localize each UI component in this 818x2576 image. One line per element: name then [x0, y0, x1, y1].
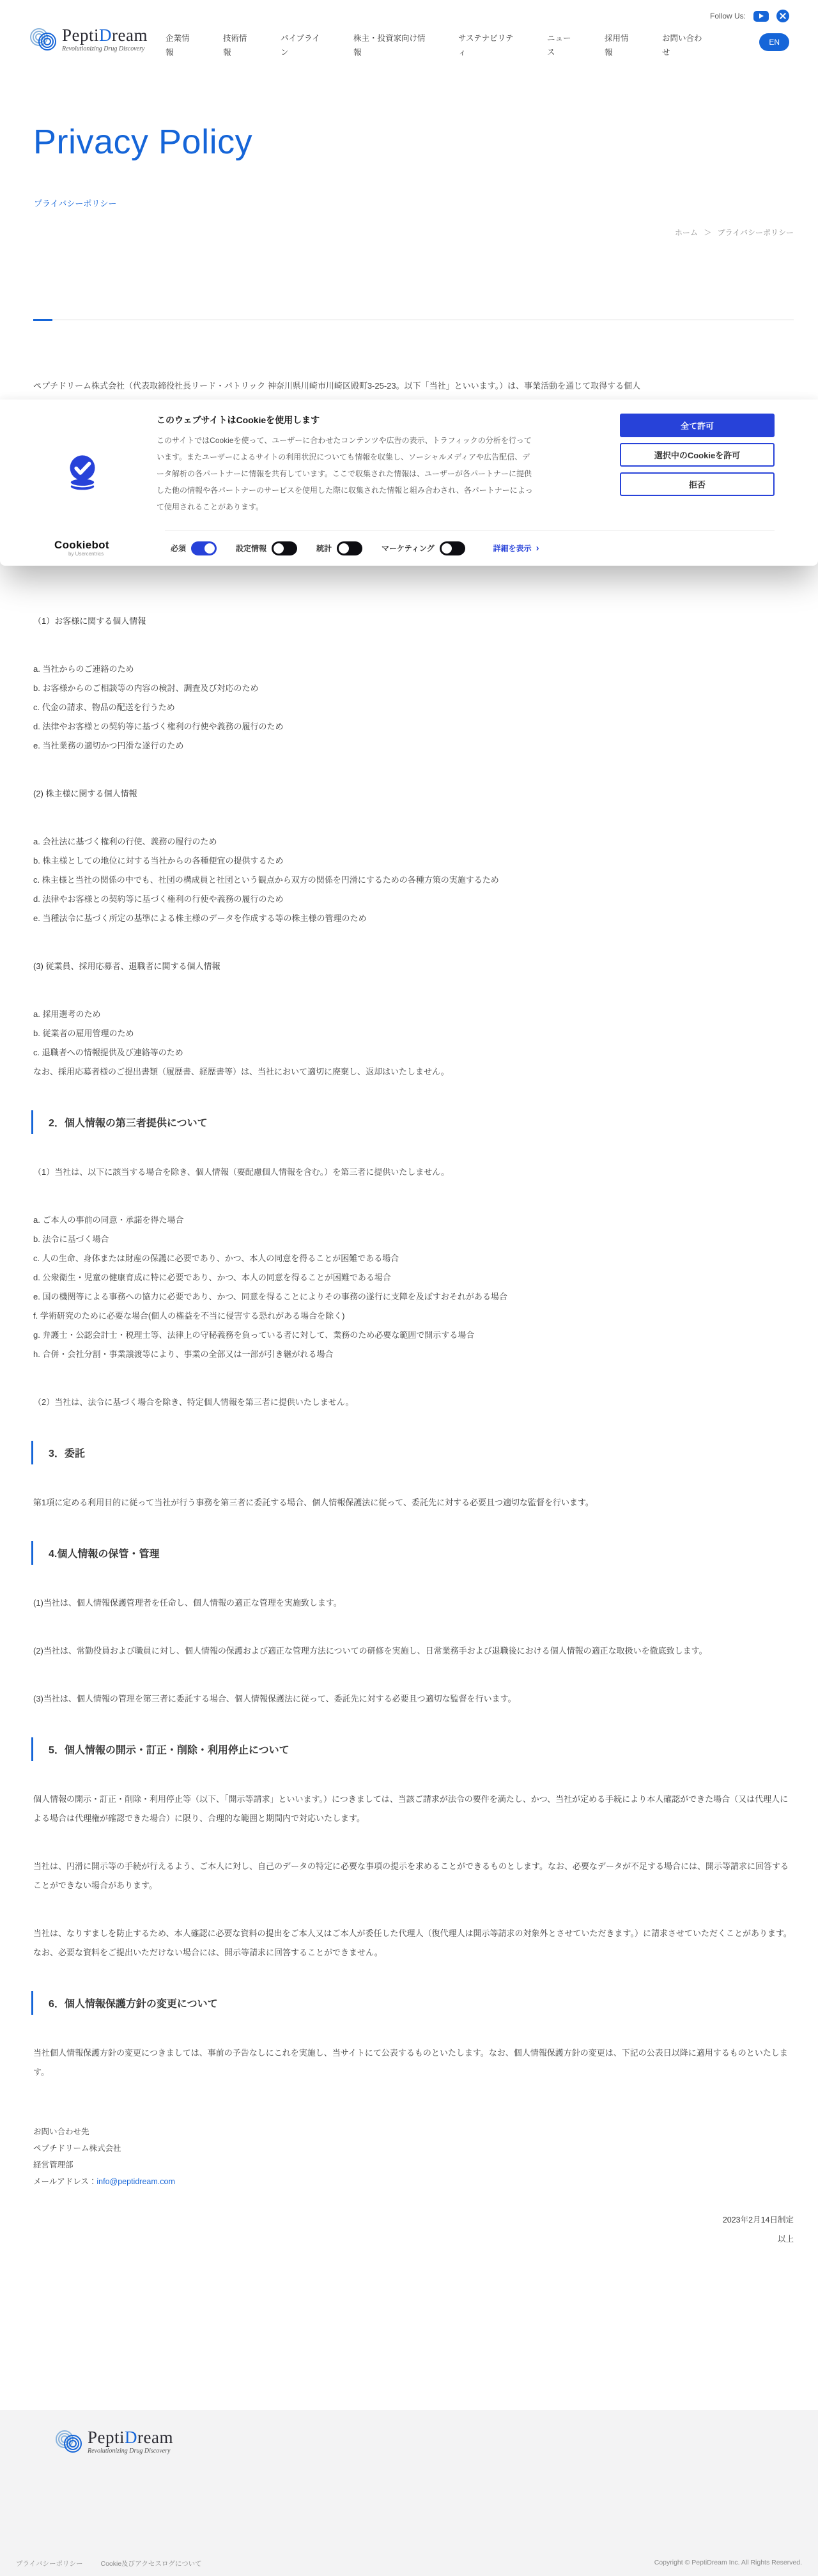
subsection-heading-customers: （1）お客様に関する個人情報 [33, 612, 794, 631]
preferences-toggle-switch[interactable] [272, 541, 297, 555]
cookie-buttons: 全て許可 選択中のCookieを許可 拒否 [620, 414, 775, 515]
section-heading-changes: 6．個人情報保護方針の変更について [31, 1991, 794, 2015]
divider-accent [33, 319, 52, 321]
logo-mark-icon [54, 2429, 84, 2458]
page-subtitle: プライバシーポリシー [34, 197, 818, 209]
privacy-policy-page: Follow Us: PeptiDream Revolutionizing Dr… [0, 0, 818, 2576]
enactment-date: 2023年2月14日制定 [33, 2210, 794, 2230]
purpose-item: c. 株主様と当社の関係の中でも、社団の構成員と社団という観点から双方の関係を円… [33, 871, 794, 890]
cookiebot-brand: Cookiebot by Usercentrics [54, 539, 157, 557]
section-heading-third-party: 2．個人情報の第三者提供について [31, 1110, 794, 1134]
follow-us-label: Follow Us: [710, 12, 746, 20]
footer-links: プライバシーポリシーCookie及びアクセスログについて [16, 2559, 202, 2568]
logo-text: PeptiDream Revolutionizing Drug Discover… [62, 27, 148, 52]
exception-item: b. 法令に基づく場合 [33, 1230, 794, 1249]
nav-item[interactable]: ニュース [547, 32, 573, 60]
cookiebot-logo-icon [66, 453, 99, 515]
purpose-item: a. 会社法に基づく権利の行使、義務の履行のため [33, 832, 794, 851]
site-header: PeptiDream Revolutionizing Drug Discover… [0, 24, 818, 60]
contact-email-line: メールアドレス：info@peptidream.com [33, 2173, 794, 2190]
nav-item[interactable]: 企業情報 [166, 32, 191, 60]
entrustment-body: 第1項に定める利用目的に従って当社が行う事務を第三者に委託する場合、個人情報保護… [33, 1493, 794, 1512]
storage-paragraph: (1)当社は、個人情報保護管理者を任命し、個人情報の適正な管理を実施致します。 [33, 1594, 794, 1613]
purpose-item: なお、採用応募者様のご提出書類（履歴書、経歴書等）は、当社において適切に廃棄し、… [33, 1062, 794, 1082]
section-divider [33, 320, 794, 320]
topbar: Follow Us: [0, 0, 818, 24]
exception-item: d. 公衆衛生・児童の健康育成に特に必要であり、かつ、本人の同意を得ることが困難… [33, 1268, 794, 1287]
cookie-message: このウェブサイトはCookieを使用します このサイトではCookieを使って、… [157, 414, 535, 515]
contact-block: お問い合わせ先 ペプチドリーム株式会社 経営管理部 メールアドレス：info@p… [33, 2123, 794, 2190]
contact-email-link[interactable]: info@peptidream.com [96, 2177, 174, 2186]
x-twitter-icon[interactable] [776, 10, 789, 22]
shareholders-purpose-list: a. 会社法に基づく権利の行使、義務の履行のためb. 株主様としての地位に対する… [33, 832, 794, 928]
employees-purpose-list: a. 採用選考のためb. 従業者の雇用管理のためc. 退職者への情報提供及び連絡… [33, 1005, 794, 1082]
cookie-title: このウェブサイトはCookieを使用します [157, 414, 535, 426]
enactment-block: 2023年2月14日制定 以上 [33, 2210, 794, 2249]
section-heading-storage: 4.個人情報の保管・管理 [31, 1541, 794, 1565]
intro-paragraph: ペプチドリーム株式会社（代表取締役社長リード・パトリック 神奈川県川崎市川崎区殿… [33, 376, 794, 396]
breadcrumb-current: プライバシーポリシー [718, 228, 794, 237]
logo-tagline: Revolutionizing Drug Discovery [62, 46, 148, 52]
nav-item[interactable]: 採用情報 [605, 32, 630, 60]
main-nav: 企業情報技術情報パイプライン株主・投資家向け情報サステナビリティニュース採用情報… [166, 27, 703, 60]
toggle-necessary[interactable]: 必須 [171, 541, 217, 555]
site-logo[interactable]: PeptiDream Revolutionizing Drug Discover… [29, 27, 148, 56]
purpose-item: d. 法律やお客様との契約等に基づく権利の行使や義務の履行のため [33, 717, 794, 736]
subsection-heading-shareholders: (2) 株主様に関する個人情報 [33, 784, 794, 803]
purpose-item: b. 従業者の雇用管理のため [33, 1024, 794, 1043]
site-footer: PeptiDream Revolutionizing Drug Discover… [0, 2410, 818, 2576]
allow-selection-cookies-button[interactable]: 選択中のCookieを許可 [620, 443, 775, 467]
purpose-item: c. 退職者への情報提供及び連絡等のため [33, 1043, 794, 1062]
storage-paragraph: (2)当社は、常勤役員および職員に対し、個人情報の保護および適正な管理方法につい… [33, 1641, 794, 1661]
purpose-item: d. 法律やお客様との契約等に基づく権利の行使や義務の履行のため [33, 890, 794, 909]
exception-item: f. 学術研究のために必要な場合(個人の権益を不当に侵害する恐れがある場合を除く… [33, 1307, 794, 1326]
contact-department: 経営管理部 [33, 2157, 794, 2173]
contact-email-label: メールアドレス： [33, 2177, 96, 2186]
statistics-toggle-switch[interactable] [337, 541, 362, 555]
third-party-exceptions-list: a. ご本人の事前の同意・承諾を得た場合b. 法令に基づく場合c. 人の生命、身… [33, 1211, 794, 1364]
purpose-item: e. 当種法令に基づく所定の基準による株主様のデータを作成する等の株主様の管理の… [33, 909, 794, 928]
exception-item: g. 弁護士・公認会計士・税理士等、法律上の守秘義務を負っている者に対して、業務… [33, 1326, 794, 1345]
purpose-item: a. 採用選考のため [33, 1005, 794, 1024]
contact-company: ペプチドリーム株式会社 [33, 2140, 794, 2157]
customers-purpose-list: a. 当社からのご連絡のためb. お客様からのご相談等の内容の検討、調査及び対応… [33, 660, 794, 756]
toggle-preferences[interactable]: 設定情報 [236, 541, 297, 555]
cookie-banner-top: このウェブサイトはCookieを使用します このサイトではCookieを使って、… [54, 414, 775, 515]
cookie-body-text: このサイトではCookieを使って、ユーザーに合わせたコンテンツや広告の表示、ト… [157, 432, 535, 515]
subsection-heading-employees: (3) 従業員、採用応募者、退職者に関する個人情報 [33, 957, 794, 976]
purpose-item: c. 代金の請求、物品の配送を行うため [33, 698, 794, 717]
cookie-banner-bottom: Cookiebot by Usercentrics 必須 設定情報 統計 マーケ… [54, 539, 775, 557]
nav-item[interactable]: サステナビリティ [458, 32, 515, 60]
disclosure-paragraphs: 個人情報の開示・訂正・削除・利用停止等（以下、「開示等請求」といいます。）につき… [33, 1790, 794, 1962]
exception-item: a. ご本人の事前の同意・承諾を得た場合 [33, 1211, 794, 1230]
cookie-divider [165, 531, 775, 531]
disclosure-paragraph: 当社は、円滑に開示等の手続が行えるよう、ご本人に対し、自己のデータの特定に必要な… [33, 1857, 794, 1895]
footer-logo[interactable]: PeptiDream Revolutionizing Drug Discover… [54, 2429, 173, 2458]
breadcrumb: ホーム ＞ プライバシーポリシー [0, 227, 794, 238]
changes-body: 当社個人情報保護方針の変更につきましては、事前の予告なしにこれを実施し、当サイト… [33, 2044, 794, 2082]
language-en-button[interactable]: EN [759, 33, 789, 51]
cookiebot-brand-name: Cookiebot [54, 539, 157, 550]
storage-paragraphs: (1)当社は、個人情報保護管理者を任命し、個人情報の適正な管理を実施致します。(… [33, 1594, 794, 1709]
purpose-item: b. お客様からのご相談等の内容の検討、調査及び対応のため [33, 679, 794, 698]
youtube-icon[interactable] [753, 11, 769, 22]
disclosure-paragraph: 当社は、なりすましを防止するため、本人確認に必要な資料の提出をご本人又はご本人が… [33, 1924, 794, 1962]
nav-item[interactable]: 株主・投資家向け情報 [353, 32, 426, 60]
toggle-marketing[interactable]: マーケティング [382, 541, 465, 555]
page-title: Privacy Policy [33, 118, 818, 166]
cookiebot-brand-by: by Usercentrics [68, 552, 157, 557]
contact-heading: お問い合わせ先 [33, 2123, 794, 2140]
toggle-statistics[interactable]: 統計 [316, 541, 362, 555]
logo-mark-icon [29, 27, 58, 56]
necessary-toggle-switch[interactable] [191, 541, 217, 555]
cookie-category-toggles: 必須 設定情報 統計 マーケティング [171, 541, 465, 555]
footer-link[interactable]: プライバシーポリシー [16, 2559, 82, 2568]
third-party-outro: （2）当社は、法令に基づく場合を除き、特定個人情報を第三者に提供いたしません。 [33, 1393, 794, 1412]
marketing-toggle-switch[interactable] [440, 541, 465, 555]
footer-link[interactable]: Cookie及びアクセスログについて [100, 2559, 201, 2568]
exception-item: c. 人の生命、身体または財産の保護に必要であり、かつ、本人の同意を得ることが困… [33, 1249, 794, 1268]
main-content: ペプチドリーム株式会社（代表取締役社長リード・パトリック 神奈川県川崎市川崎区殿… [33, 376, 794, 2249]
show-details-link[interactable]: 詳細を表示 › [493, 543, 539, 554]
purpose-item: b. 株主様としての地位に対する当社からの各種便宜の提供するため [33, 851, 794, 871]
breadcrumb-home-link[interactable]: ホーム [675, 228, 698, 237]
purpose-item: a. 当社からのご連絡のため [33, 660, 794, 679]
exception-item: e. 国の機関等による事務への協力に必要であり、かつ、同意を得ることによりその事… [33, 1287, 794, 1307]
nav-item[interactable]: 技術情報 [223, 32, 249, 60]
purpose-item: e. 当社業務の適切かつ円滑な遂行のため [33, 736, 794, 756]
breadcrumb-separator: ＞ [704, 228, 711, 237]
deny-cookies-button[interactable]: 拒否 [620, 472, 775, 496]
third-party-intro: （1）当社は、以下に該当する場合を除き、個人情報（要配慮個人情報を含む。）を第三… [33, 1163, 794, 1182]
footer-logo-text: PeptiDream Revolutionizing Drug Discover… [88, 2429, 173, 2455]
footer-logo-tagline: Revolutionizing Drug Discovery [88, 2448, 173, 2455]
nav-item[interactable]: お問い合わせ [662, 32, 703, 60]
footer-bottom-bar: プライバシーポリシーCookie及びアクセスログについて Copyright ©… [16, 2559, 802, 2568]
allow-all-cookies-button[interactable]: 全て許可 [620, 414, 775, 437]
copyright-text: Copyright © PeptiDream Inc. All Rights R… [654, 2559, 802, 2568]
cookie-consent-banner: このウェブサイトはCookieを使用します このサイトではCookieを使って、… [0, 400, 818, 566]
exception-item: h. 合併・会社分割・事業譲渡等により、事業の全部又は一部が引き継がれる場合 [33, 1345, 794, 1364]
storage-paragraph: (3)当社は、個人情報の管理を第三者に委託する場合、個人情報保護法に従って、委託… [33, 1689, 794, 1709]
section-heading-entrustment: 3．委託 [31, 1441, 794, 1464]
chevron-right-icon: › [536, 543, 539, 554]
section-heading-disclosure: 5．個人情報の開示・訂正・削除・利用停止について [31, 1737, 794, 1761]
enactment-closing: 以上 [33, 2230, 794, 2249]
nav-item[interactable]: パイプライン [281, 32, 321, 60]
disclosure-paragraph: 個人情報の開示・訂正・削除・利用停止等（以下、「開示等請求」といいます。）につき… [33, 1790, 794, 1828]
